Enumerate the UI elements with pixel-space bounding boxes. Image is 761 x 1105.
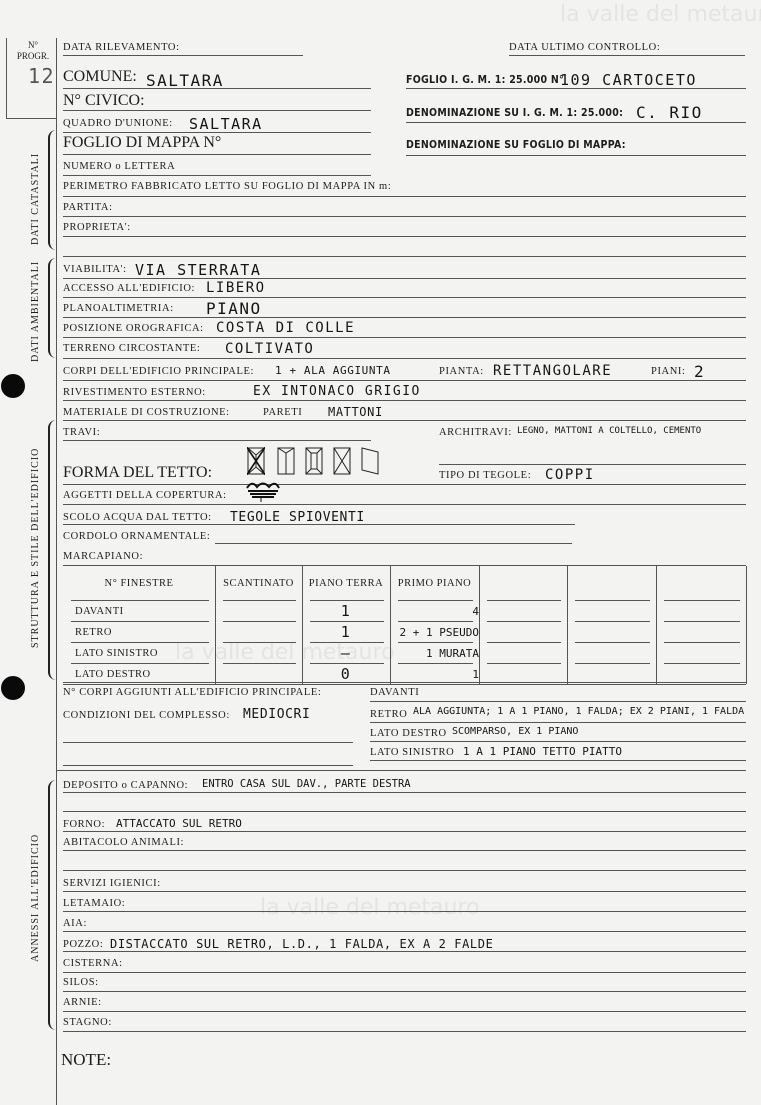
primo-piano-cell[interactable]: 1 MURATA [390,647,479,660]
watermark: la valle del metauro [560,2,761,27]
table-rule [487,642,561,643]
aia-label: AIA: [63,918,87,929]
terreno-label: TERRENO CIRCOSTANTE: [63,343,200,354]
primo-piano-cell[interactable]: 2 + 1 PSEUDO [390,626,479,639]
piano-terra-cell[interactable]: 1 [302,602,390,620]
rule [63,1011,746,1012]
rule [63,88,371,89]
table-header: SCANTINATO [215,578,302,589]
denom-igm-value[interactable]: C. RIO [636,103,703,122]
deposito-label: DEPOSITO o CAPANNO: [63,780,188,791]
rivestimento-label: RIVESTIMENTO ESTERNO: [63,387,206,398]
rule [63,358,746,359]
rule [63,870,746,871]
planoaltimetria-label: PLANOALTIMETRIA: [63,303,174,314]
stagno-label: STAGNO: [63,1017,112,1028]
accesso-value[interactable]: LIBERO [206,280,266,296]
viabilita-label: VIABILITA': [63,264,127,275]
cordolo-label: CORDOLO ORNAMENTALE: [63,531,210,542]
data-rilevamento-label: DATA RILEVAMENTO: [63,42,180,53]
table-row-label: LATO SINISTRO [75,648,158,659]
rule [63,850,746,851]
table-col-divider [567,566,568,684]
rule [63,278,746,279]
materiale-sublabel: PARETI [263,407,302,418]
materiale-label: MATERIALE DI COSTRUZIONE: [63,407,230,418]
table-rule [223,600,296,601]
brace-struttura [48,420,56,680]
table-col-divider [746,566,747,684]
roof-capanna-icon[interactable] [277,447,295,475]
accesso-label: ACCESSO ALL'EDIFICIO: [63,283,195,294]
rule [63,765,353,766]
progr-label-2: PROGR. [10,51,56,62]
roof-falda-unica-icon[interactable] [361,447,379,475]
piano-terra-cell[interactable]: — [302,644,390,662]
piano-terra-cell[interactable]: 0 [302,665,390,683]
table-row-label: DAVANTI [75,606,124,617]
lato-destro-value[interactable]: SCOMPARSO, EX 1 PIANO [452,726,578,737]
rule [63,792,746,793]
rule [63,400,746,401]
tipo-tegole-label: TIPO DI TEGOLE: [439,470,531,481]
section-struttura: STRUTTURA E STILE DELL'EDIFICIO [30,448,41,648]
letamaio-label: LETAMAIO: [63,898,125,909]
comune-label: COMUNE: [63,68,137,86]
table-rule [664,663,740,664]
retro-value[interactable]: ALA AGGIUNTA; 1 A 1 PIANO, 1 FALDA; EX 2… [413,706,744,717]
table-rule [398,642,473,643]
table-row-label: LATO DESTRO [75,669,151,680]
rule [63,972,746,973]
rule [63,216,746,217]
forno-label: FORNO: [63,819,105,830]
roof-mezzo-padiglione-icon[interactable] [305,447,323,475]
rule [63,236,746,237]
scolo-label: SCOLO ACQUA DAL TETTO: [63,512,212,523]
forno-value[interactable]: ATTACCATO SUL RETRO [116,817,242,830]
table-rule [223,663,296,664]
rule [63,175,371,176]
table-rule [223,642,296,643]
rule [63,337,746,338]
retro-label: RETRO [370,709,407,720]
rule [63,682,746,683]
section-dati-ambientali: DATI AMBIENTALI [30,261,41,362]
table-rule [398,663,473,664]
table-rule [310,663,384,664]
deposito-value[interactable]: ENTRO CASA SUL DAV., PARTE DESTRA [202,778,411,790]
rivestimento-value[interactable]: EX INTONACO GRIGIO [253,384,421,399]
rule [63,380,746,381]
proprieta-label: PROPRIETA': [63,222,131,233]
rule [63,831,746,832]
note-label: NOTE: [61,1050,111,1070]
table-header: PIANO TERRA [302,578,390,589]
rule [63,504,746,505]
table-rule [71,600,209,601]
terreno-value[interactable]: COLTIVATO [225,341,314,357]
rule [63,951,746,952]
progr-label: N° PROGR. [10,40,56,62]
table-col-divider [479,566,480,684]
table-rule [664,642,740,643]
scolo-value[interactable]: TEGOLE SPIOVENTI [230,510,365,525]
travi-label: TRAVI: [63,427,100,438]
binder-hole [1,374,25,398]
data-ultimo-controllo-label: DATA ULTIMO CONTROLLO: [509,42,660,53]
architravi-label: ARCHITRAVI: [439,427,512,438]
cornice-sketch-icon [244,480,282,502]
lato-sinistro-label: LATO SINISTRO [370,747,454,758]
arnie-label: ARNIE: [63,997,102,1008]
table-rule [487,600,561,601]
rule [370,701,746,702]
table-rule [310,600,384,601]
data-rilevamento-field[interactable] [63,55,303,56]
piano-terra-cell[interactable]: 1 [302,623,390,641]
table-col-divider [656,566,657,684]
binder-hole [1,676,25,700]
rule [63,565,746,566]
lato-destro-label: LATO DESTRO [370,728,447,739]
posizione-label: POSIZIONE OROGRAFICA: [63,323,204,334]
rule [63,811,746,812]
denom-igm-label: DENOMINAZIONE SU I. G. M. 1: 25.000: [406,107,623,119]
rule [63,440,371,441]
table-rule [664,621,740,622]
progr-box-bottom [6,118,56,119]
civico-label: N° CIVICO: [63,92,145,110]
architravi-value[interactable]: LEGNO, MATTONI A COLTELLO, CEMENTO [517,426,701,436]
brace-annessi [48,780,56,1030]
rule [215,543,572,544]
rule [406,155,746,156]
pozzo-label: POZZO: [63,939,103,950]
foglio-igm-label: FOGLIO I. G. M. 1: 25.000 N° [406,74,564,86]
section-dati-catastali: DATI CATASTALI [30,153,41,245]
rule [63,891,746,892]
table-rule [575,600,650,601]
rule [63,991,746,992]
primo-piano-cell[interactable]: 4 [390,605,479,618]
piani-label: PIANI: [651,366,686,377]
table-bottom [63,684,746,685]
numero-lettera-label: NUMERO o LETTERA [63,161,175,172]
progr-box-left [6,38,7,118]
roof-piramide-icon[interactable] [333,447,351,475]
tipo-tegole-value[interactable]: COPPI [545,467,595,483]
table-header: PRIMO PIANO [390,578,479,589]
margin-line [56,38,57,1105]
table-rule [223,621,296,622]
rule [63,742,353,743]
rule [63,154,371,155]
progr-label-1: N° [10,40,56,51]
aggetti-label: AGGETTI DELLA COPERTURA: [63,490,227,501]
pozzo-value[interactable]: DISTACCATO SUL RETRO, L.D., 1 FALDA, EX … [110,937,493,951]
pianta-value[interactable]: RETTANGOLARE [493,363,612,379]
table-rule [71,642,209,643]
data-ultimo-controllo-field[interactable] [509,55,745,56]
servizi-label: SERVIZI IGIENICI: [63,878,161,889]
rule [63,317,746,318]
cisterna-label: CISTERNA: [63,958,123,969]
lato-sinistro-value[interactable]: 1 A 1 PIANO TETTO PIATTO [463,745,622,758]
table-row-label: RETRO [75,627,112,638]
rule [63,420,746,421]
rule [63,911,746,912]
brace-ambientali [48,258,56,358]
corpi-aggiunti-label: N° CORPI AGGIUNTI ALL'EDIFICIO PRINCIPAL… [63,687,321,698]
forma-tetto-label: FORMA DEL TETTO: [63,464,212,482]
rule [406,122,746,123]
table-rule [664,600,740,601]
table-rule [398,621,473,622]
rule [370,760,746,761]
table-rule [487,621,561,622]
rule [370,741,746,742]
posizione-value[interactable]: COSTA DI COLLE [216,320,355,336]
section-annessi: ANNESSI ALL'EDIFICIO [30,834,41,962]
quadro-unione-label: QUADRO D'UNIONE: [63,118,173,129]
rule [63,484,746,485]
perimetro-label: PERIMETRO FABBRICATO LETTO SU FOGLIO DI … [63,181,391,192]
primo-piano-cell[interactable]: 1 [390,668,479,681]
brace-catastali [48,130,56,250]
rule [63,196,746,197]
rule [63,256,746,257]
watermark: la valle del metauro [260,895,479,920]
roof-padiglione-icon[interactable] [247,447,265,475]
rule [63,931,746,932]
table-rule [71,621,209,622]
table-rule [71,663,209,664]
table-rule [398,600,473,601]
foglio-igm-value[interactable]: 109 CARTOCETO [560,71,697,89]
progr-number[interactable]: 12 [28,64,55,88]
rule [56,770,746,771]
partita-label: PARTITA: [63,202,113,213]
table-rule [575,642,650,643]
marcapiano-label: MARCAPIANO: [63,551,143,562]
piani-value[interactable]: 2 [694,362,705,381]
table-rule [575,621,650,622]
corpi-value[interactable]: 1 + ALA AGGIUNTA [275,364,391,377]
table-rule [310,642,384,643]
davanti-label: DAVANTI [370,687,419,698]
abitacolo-label: ABITACOLO ANIMALI: [63,837,184,848]
table-rule [575,663,650,664]
rule [63,297,746,298]
quadro-unione-value[interactable]: SALTARA [189,115,263,133]
silos-label: SILOS: [63,977,99,988]
rule [63,524,575,525]
condizioni-label: CONDIZIONI DEL COMPLESSO: [63,710,230,721]
table-rule [487,663,561,664]
viabilita-value[interactable]: VIA STERRATA [135,261,261,279]
condizioni-value[interactable]: MEDIOCRI [243,707,310,722]
denom-foglio-label: DENOMINAZIONE SU FOGLIO DI MAPPA: [406,139,626,151]
materiale-value[interactable]: MATTONI [328,405,383,419]
rule [63,110,371,111]
table-rule [310,621,384,622]
rule [406,88,746,89]
rule [370,722,746,723]
pianta-label: PIANTA: [439,366,484,377]
rule [63,1031,746,1032]
foglio-mappa-label: FOGLIO DI MAPPA N° [63,134,221,152]
rule [63,132,371,133]
rule [439,464,746,465]
table-header: N° FINESTRE [63,578,215,589]
corpi-label: CORPI DELL'EDIFICIO PRINCIPALE: [63,366,254,377]
planoaltimetria-value[interactable]: PIANO [206,299,262,318]
